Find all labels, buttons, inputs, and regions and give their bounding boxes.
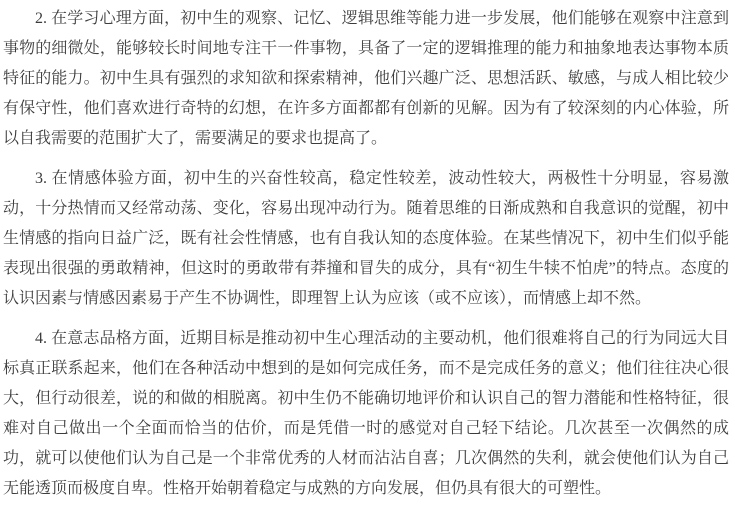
document-body: 2. 在学习心理方面，初中生的观察、记忆、逻辑思维等能力进一步发展，他们能够在观…	[0, 0, 735, 505]
paragraph-will-character: 4. 在意志品格方面，近期目标是推动初中生心理活动的主要动机，他们很难将自己的行…	[3, 324, 729, 504]
paragraph-study-psychology: 2. 在学习心理方面，初中生的观察、记忆、逻辑思维等能力进一步发展，他们能够在观…	[3, 4, 729, 154]
paragraph-emotional-experience: 3. 在情感体验方面，初中生的兴奋性较高，稳定性较差，波动性较大，两极性十分明显…	[3, 164, 729, 314]
